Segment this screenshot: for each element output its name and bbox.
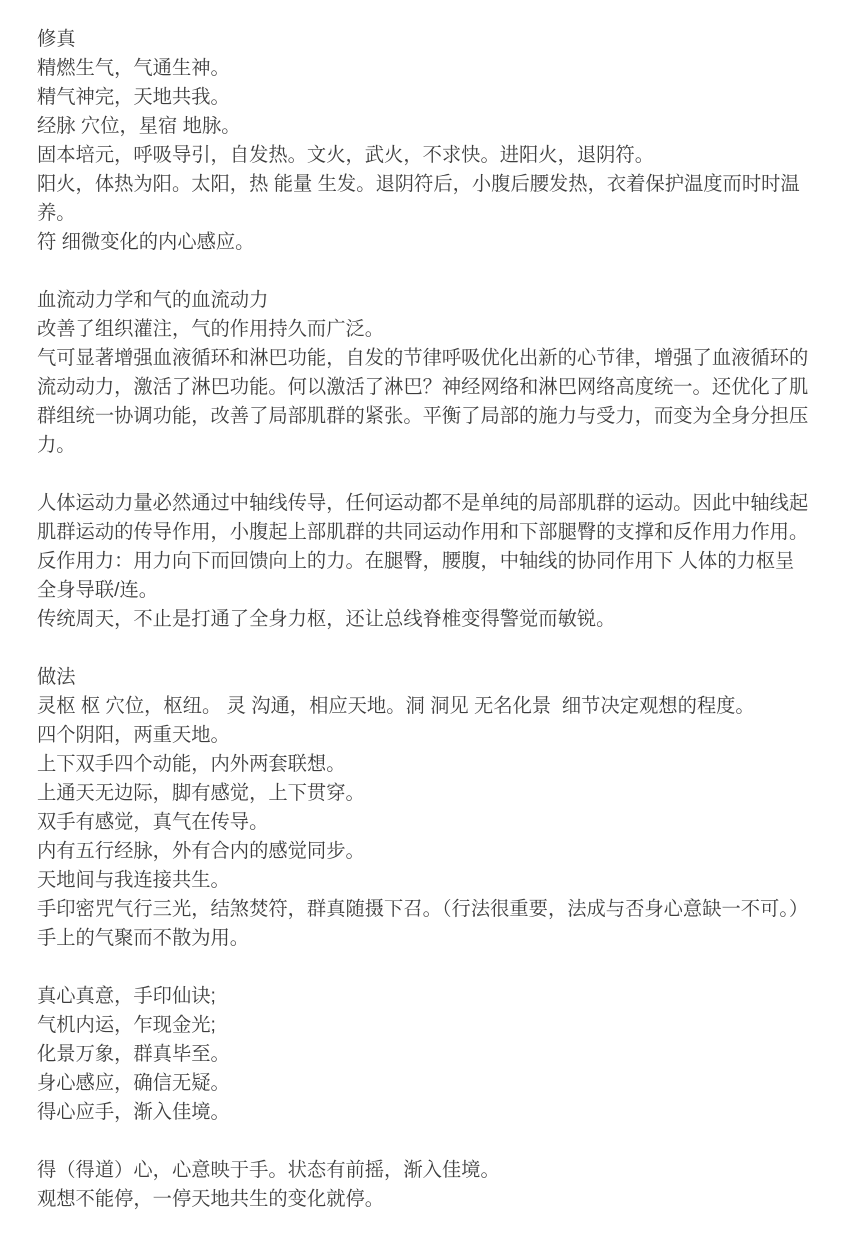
text-line: 化景万象，群真毕至。 [37,1040,840,1069]
text-line: 精燃生气，气通生神。 [37,54,840,83]
text-line: 真心真意，手印仙诀; [37,982,840,1011]
text-line: 天地间与我连接共生。 [37,866,840,895]
text-line: 灵枢 枢 穴位，枢纽。 灵 沟通，相应天地。洞 洞见 无名化景 细节决定观想的程… [37,692,840,721]
text-line: 反作用力：用力向下而回馈向上的力。在腿臀，腰腹，中轴线的协同作用下 人体的力枢呈 [37,547,840,576]
text-line: 得（得道）心，心意映于手。状态有前摇，渐入佳境。 [37,1156,840,1185]
section-body-mechanics: 人体运动力量必然通过中轴线传导，任何运动都不是单纯的局部肌群的运动。因此中轴线起… [37,489,840,634]
text-line: 改善了组织灌注，气的作用持久而广泛。 [37,315,840,344]
text-line: 养。 [37,199,840,228]
text-line: 阳火，体热为阳。太阳，热 能量 生发。退阴符后，小腹后腰发热，衣着保护温度而时时… [37,170,840,199]
text-line: 气可显著增强血液循环和淋巴功能，自发的节律呼吸优化出新的心节律，增强了血液循环的 [37,344,840,373]
text-line: 手上的气聚而不散为用。 [37,924,840,953]
text-line: 手印密咒气行三光，结煞焚符，群真随摄下召。（行法很重要，法成与否身心意缺一不可。… [37,895,840,924]
text-line: 得心应手，渐入佳境。 [37,1098,840,1127]
text-line: 观想不能停，一停天地共生的变化就停。 [37,1185,840,1214]
text-line: 上下双手四个动能，内外两套联想。 [37,750,840,779]
text-line: 内有五行经脉，外有合内的感觉同步。 [37,837,840,866]
text-line: 精气神完，天地共我。 [37,83,840,112]
section-hemodynamics: 血流动力学和气的血流动力改善了组织灌注，气的作用持久而广泛。气可显著增强血液循环… [37,286,840,460]
document-page: 修真精燃生气，气通生神。精气神完，天地共我。经脉 穴位，星宿 地脉。固本培元，呼… [0,0,866,1238]
text-line: 肌群运动的传导作用，小腹起上部肌群的共同运动作用和下部腿臀的支撑和反作用力作用。 [37,518,840,547]
text-line: 全身导联/连。 [37,576,840,605]
text-line: 上通天无边际，脚有感觉，上下贯穿。 [37,779,840,808]
section-cultivation-intro: 修真精燃生气，气通生神。精气神完，天地共我。经脉 穴位，星宿 地脉。固本培元，呼… [37,25,840,257]
text-line: 双手有感觉，真气在传导。 [37,808,840,837]
text-line: 流动动力，激活了淋巴功能。何以激活了淋巴？神经网络和淋巴网络高度统一。还优化了肌 [37,373,840,402]
text-line: 力。 [37,431,840,460]
text-line: 血流动力学和气的血流动力 [37,286,840,315]
text-line: 人体运动力量必然通过中轴线传导，任何运动都不是单纯的局部肌群的运动。因此中轴线起 [37,489,840,518]
text-line: 固本培元，呼吸导引，自发热。文火，武火，不求快。进阳火，退阴符。 [37,141,840,170]
text-line: 做法 [37,663,840,692]
section-verse: 真心真意，手印仙诀;气机内运，乍现金光;化景万象，群真毕至。身心感应，确信无疑。… [37,982,840,1127]
text-line: 传统周天，不止是打通了全身力枢，还让总线脊椎变得警觉而敏锐。 [37,605,840,634]
text-line: 身心感应，确信无疑。 [37,1069,840,1098]
text-line: 符 细微变化的内心感应。 [37,228,840,257]
document-body: 修真精燃生气，气通生神。精气神完，天地共我。经脉 穴位，星宿 地脉。固本培元，呼… [37,25,840,1214]
text-line: 修真 [37,25,840,54]
text-line: 四个阴阳，两重天地。 [37,721,840,750]
text-line: 气机内运，乍现金光; [37,1011,840,1040]
text-line: 经脉 穴位，星宿 地脉。 [37,112,840,141]
section-closing: 得（得道）心，心意映于手。状态有前摇，渐入佳境。观想不能停，一停天地共生的变化就… [37,1156,840,1214]
section-method: 做法灵枢 枢 穴位，枢纽。 灵 沟通，相应天地。洞 洞见 无名化景 细节决定观想… [37,663,840,953]
text-line: 群组统一协调功能，改善了局部肌群的紧张。平衡了局部的施力与受力，而变为全身分担压 [37,402,840,431]
